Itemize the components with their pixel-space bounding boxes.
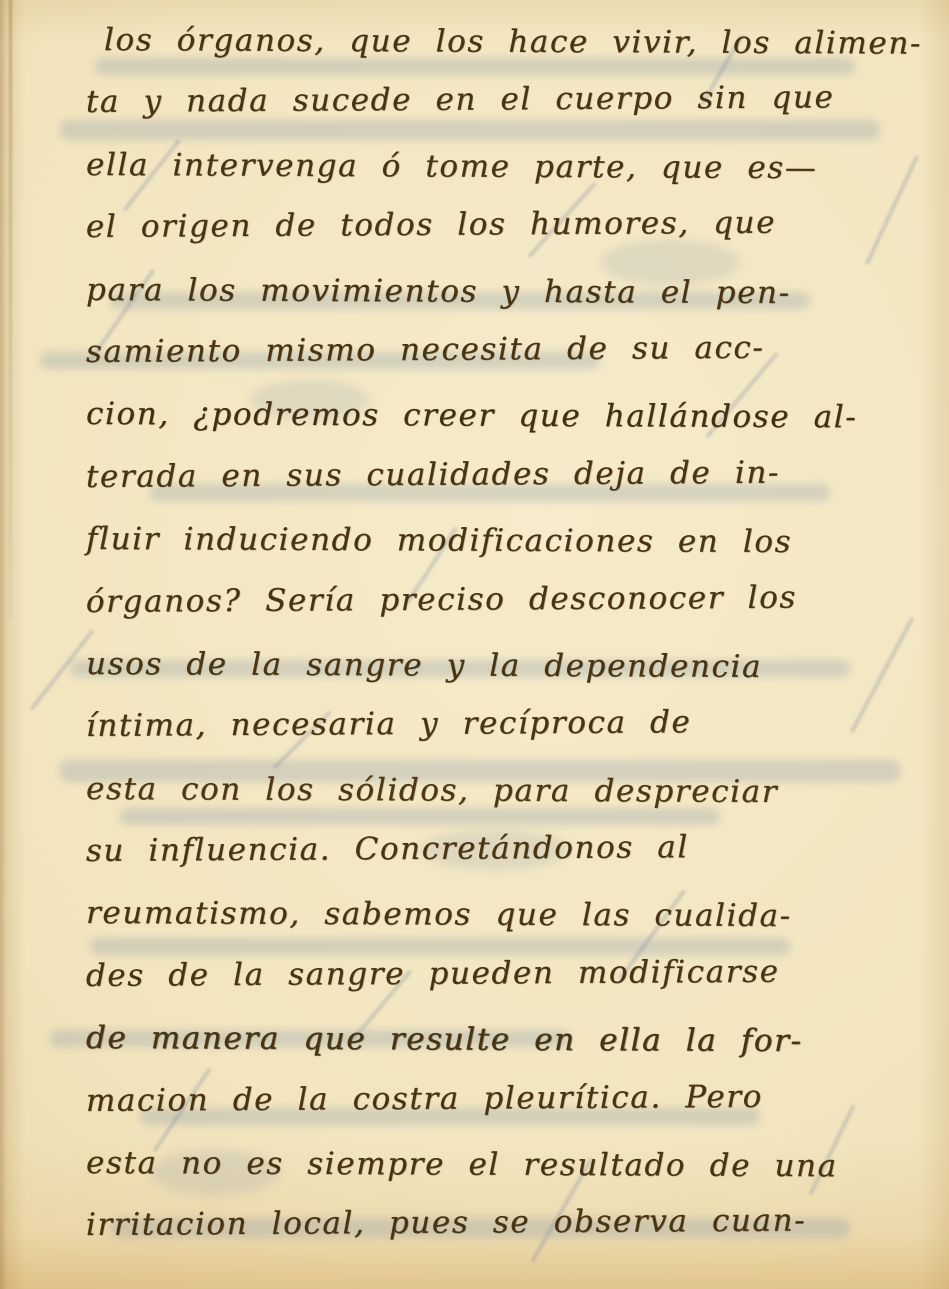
manuscript-page: los órganos, que los hace vivir, los ali…: [0, 0, 949, 1289]
manuscript-line-1: los órganos, que los hace vivir, los ali…: [86, 22, 945, 88]
manuscript-line-11: usos de la sangre y la dependencia: [86, 646, 945, 712]
manuscript-line-6: samiento mismo necesita de su acc-: [86, 329, 945, 397]
manuscript-line-5: para los movimientos y hasta el pen-: [86, 272, 945, 338]
manuscript-line-3: ella intervenga ó tome parte, que es—: [86, 147, 945, 213]
pencil-stroke: [30, 629, 95, 710]
manuscript-line-15: reumatismo, sabemos que las cualida-: [86, 895, 945, 961]
manuscript-line-19: esta no es siempre el resultado de una: [86, 1145, 945, 1211]
manuscript-text-block: los órganos, que los hace vivir, los ali…: [86, 22, 945, 1270]
manuscript-line-12: íntima, necesaria y recíproca de: [86, 703, 945, 771]
manuscript-line-14: su influencia. Concretándonos al: [86, 828, 945, 896]
manuscript-line-20: irritacion local, pues se observa cuan-: [86, 1202, 945, 1270]
manuscript-line-7: cion, ¿podremos creer que hallándose al-: [86, 396, 945, 462]
page-fold-crease: [9, 0, 12, 620]
manuscript-line-8: terada en sus cualidades deja de in-: [86, 453, 945, 521]
manuscript-line-16: des de la sangre pueden modificarse: [86, 953, 945, 1021]
manuscript-line-18: macion de la costra pleurítica. Pero: [86, 1077, 945, 1145]
manuscript-line-4: el origen de todos los humores, que: [86, 204, 945, 272]
manuscript-line-9: fluir induciendo modificaciones en los: [86, 521, 945, 587]
manuscript-line-2: ta y nada sucede en el cuerpo sin que: [86, 79, 945, 147]
manuscript-line-17: de manera que resulte en ella la for-: [86, 1020, 945, 1086]
manuscript-line-13: esta con los sólidos, para despreciar: [86, 771, 945, 837]
manuscript-line-10: órganos? Sería preciso desconocer los: [86, 578, 945, 646]
